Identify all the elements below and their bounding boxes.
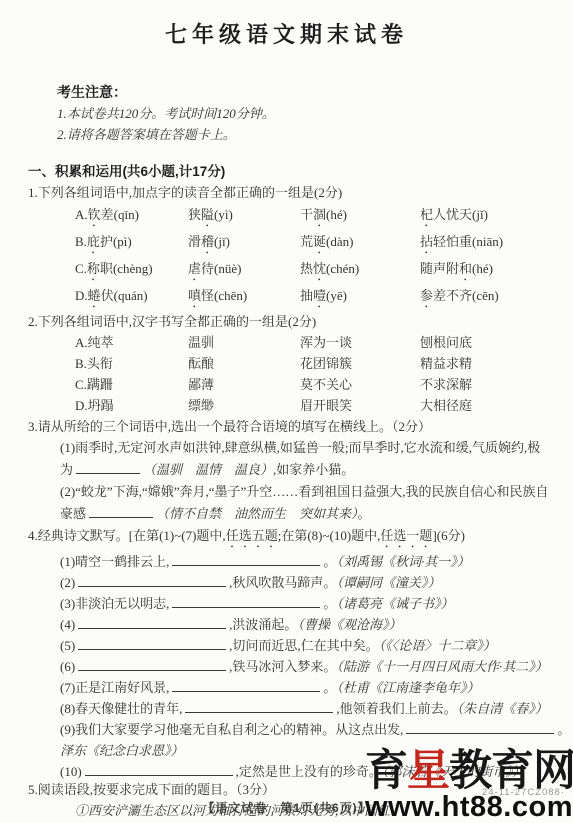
q2-option-row-c: C.蹒跚 鄙薄 莫不关心 不求深解 — [75, 374, 565, 395]
notice-heading: 考生注意： — [57, 82, 573, 103]
option-label: C. — [75, 377, 87, 392]
answer-blank — [76, 461, 140, 474]
q4-item-6: (6),铁马冰河入梦来。（陆游《十一月四日风雨大作·其二》） — [60, 656, 565, 677]
q2-d-word-1: D.坍蹋 — [75, 395, 188, 416]
q4-item-2: (2),秋风吹散马蹄声。（谭嗣同《潼关》） — [60, 572, 565, 593]
answer-blank — [89, 505, 153, 518]
dotted-char: 隘 — [201, 207, 214, 222]
q1-c-word-1: C.称职(chèng) — [75, 257, 188, 284]
q3-item-1-line-2: 为（温驯 温情 温良）,如家养小猫。 — [60, 459, 565, 481]
q1-c-word-2: 虐待(nüè) — [188, 257, 300, 284]
dotted-char: 和 — [459, 261, 472, 276]
dotted-char: 参 — [420, 288, 433, 303]
dotted-char: 称 — [87, 261, 100, 276]
answer-blank — [172, 553, 320, 566]
q1-d-word-3: 抽噎(yē) — [300, 284, 420, 311]
q2-b-word-3: 花团锦簇 — [300, 353, 420, 374]
q1-d-word-4: 参差不齐(cēn) — [420, 284, 565, 311]
q1-a-word-4: 杞人忧天(jǐ) — [420, 203, 565, 230]
citation: （曹操《观沧海》） — [297, 617, 401, 632]
citation: （朱自清《春》） — [457, 701, 548, 716]
q1-a-word-2: 狭隘(yì) — [188, 203, 300, 230]
citation: （陆游《十一月四日风雨大作·其二》） — [336, 659, 547, 674]
q1-b-word-2: 滑稽(jī) — [188, 230, 300, 257]
notice-item-2: 2.请将各题答案填在答题卡上。 — [57, 124, 573, 145]
q2-a-word-4: 刨根问底 — [420, 332, 565, 353]
dotted-char: 噎 — [313, 288, 326, 303]
q1-d-word-1: D.蜷伏(quán) — [75, 284, 188, 311]
option-label: C. — [75, 261, 87, 276]
dotted-char: 庇 — [87, 234, 100, 249]
answer-blank — [406, 721, 554, 734]
q2-option-row-a: A.纯萃 温驯 浑为一谈 刨根问底 — [75, 332, 565, 353]
emphasized-text: 任选五题 — [226, 528, 278, 543]
q1-c-word-3: 热忱(chén) — [300, 257, 420, 284]
dotted-char: 忱 — [313, 261, 326, 276]
answer-blank — [78, 574, 226, 587]
answer-blank — [85, 763, 233, 776]
option-label: D. — [75, 398, 88, 413]
option-label: D. — [75, 288, 88, 303]
citation: （杜甫《江南逢李龟年》） — [336, 680, 479, 695]
q4-item-5: (5),切问而近思,仁在其中矣。（《〈论语〉十二章》） — [60, 635, 565, 656]
q2-d-word-3: 眉开眼笑 — [300, 395, 420, 416]
dotted-char: 虐 — [188, 261, 201, 276]
q1-option-row-d: D.蜷伏(quán) 嗔怪(chēn) 抽噎(yē) 参差不齐(cēn) — [75, 284, 565, 311]
q4-item-1: (1)晴空一鹤排云上,。（刘禹锡《秋词·其一》） — [60, 551, 565, 572]
exam-paper-code: 24-11-27CZ088· — [482, 787, 565, 798]
q1-option-row-c: C.称职(chèng) 虐待(nüè) 热忱(chén) 随声附和(hé) — [75, 257, 565, 284]
section1-heading: 一、积累和运用(共6小题,计17分) — [28, 161, 573, 182]
q1-option-row-a: A.钦差(qīn) 狭隘(yì) 干涸(hé) 杞人忧天(jǐ) — [75, 203, 565, 230]
citation: （诸葛亮《诫子书》） — [336, 596, 453, 611]
q3-item-1-choices: （温驯 温情 温良） — [143, 462, 273, 477]
answer-blank — [185, 700, 333, 713]
q1-a-word-3: 干涸(hé) — [300, 203, 420, 230]
answer-blank — [78, 637, 226, 650]
dotted-char: 拈 — [420, 234, 433, 249]
q3-item-1: (1)雨季时,无定河水声如洪钟,肆意纵横,如猛兽一般;而旱季时,它水流和缓,气质… — [60, 437, 565, 481]
q2-b-word-1: B.头衔 — [75, 353, 188, 374]
q3-item-2-line-1: (2)“蛟龙”下海,“嫦娥”奔月,“墨子”升空……看到祖国日益强大,我的民族自信… — [60, 481, 565, 503]
q4-item-7: (7)正是江南好风景,。（杜甫《江南逢李龟年》） — [60, 677, 565, 698]
q2-option-row-b: B.头衔 酝酿 花团锦簇 精益求精 — [75, 353, 565, 374]
answer-blank — [172, 679, 320, 692]
answer-blank — [172, 595, 320, 608]
question-2: 2.下列各组词语中,汉字书写全都正确的一组是(2分) A.纯萃 温驯 浑为一谈 … — [28, 311, 565, 416]
q1-d-word-2: 嗔怪(chēn) — [188, 284, 300, 311]
q2-b-word-4: 精益求精 — [420, 353, 565, 374]
notice-item-1: 1.本试卷共120分。考试时间120分钟。 — [57, 103, 573, 124]
q2-c-word-3: 莫不关心 — [300, 374, 420, 395]
q4-item-4: (4),洪波涌起。（曹操《观沧海》） — [60, 614, 565, 635]
q2-d-word-2: 缥缈 — [188, 395, 300, 416]
option-label: B. — [75, 356, 87, 371]
dotted-char: 蜷 — [88, 288, 101, 303]
q2-options: A.纯萃 温驯 浑为一谈 刨根问底 B.头衔 酝酿 花团锦簇 精益求精 C.蹒跚… — [75, 332, 565, 416]
watermark-star: 星 — [407, 747, 449, 795]
question-3-intro: 3.请从所给的三个词语中,选出一个最符合语境的填写在横线上。（2分） — [28, 416, 565, 437]
q2-b-word-2: 酝酿 — [188, 353, 300, 374]
q1-b-word-1: B.庇护(pì) — [75, 230, 188, 257]
question-3: 3.请从所给的三个词语中,选出一个最符合语境的填写在横线上。（2分） (1)雨季… — [28, 416, 565, 525]
q1-b-word-4: 拈轻怕重(niān) — [420, 230, 565, 257]
q2-c-word-2: 鄙薄 — [188, 374, 300, 395]
q3-item-2-choices: （情不自禁 油然而生 突如其来） — [156, 506, 358, 521]
q2-c-word-1: C.蹒跚 — [75, 374, 188, 395]
dotted-char: 杞 — [420, 207, 433, 222]
q1-a-word-1: A.钦差(qīn) — [75, 203, 188, 230]
answer-blank — [78, 616, 226, 629]
candidate-notice: 考生注意： 1.本试卷共120分。考试时间120分钟。 2.请将各题答案填在答题… — [57, 82, 573, 145]
option-label: A. — [75, 335, 88, 350]
citation: （刘禹锡《秋词·其一》） — [336, 554, 469, 569]
question-2-intro: 2.下列各组词语中,汉字书写全都正确的一组是(2分) — [28, 311, 565, 332]
emphasized-text: 任选一题 — [380, 528, 432, 543]
option-label: A. — [75, 207, 88, 222]
question-1-intro: 1.下列各组词语中,加点字的读音全都正确的一组是(2分) — [28, 182, 565, 203]
q2-a-word-2: 温驯 — [188, 332, 300, 353]
page-title: 七年级语文期末试卷 — [0, 0, 573, 50]
q4-item-3: (3)非淡泊无以明志,。（诸葛亮《诫子书》） — [60, 593, 565, 614]
q2-d-word-4: 大相径庭 — [420, 395, 565, 416]
q3-item-1-line-1: (1)雨季时,无定河水声如洪钟,肆意纵横,如猛兽一般;而旱季时,它水流和缓,气质… — [60, 437, 565, 459]
q3-item-2-line-2: 豪感（情不自禁 油然而生 突如其来）。 — [60, 503, 565, 525]
q2-a-word-1: A.纯萃 — [75, 332, 188, 353]
q4-item-8: (8)春天像健壮的青年,,他领着我们上前去。（朱自清《春》） — [60, 698, 565, 719]
question-1: 1.下列各组词语中,加点字的读音全都正确的一组是(2分) A.钦差(qīn) 狭… — [28, 182, 565, 311]
q1-c-word-4: 随声附和(hé) — [420, 257, 565, 284]
dotted-char: 诞 — [313, 234, 326, 249]
q1-options: A.钦差(qīn) 狭隘(yì) 干涸(hé) 杞人忧天(jǐ) B.庇护(pì… — [75, 203, 565, 311]
dotted-char: 钦 — [88, 207, 101, 222]
q2-c-word-4: 不求深解 — [420, 374, 565, 395]
dotted-char: 嗔 — [188, 288, 201, 303]
q1-b-word-3: 荒诞(dàn) — [300, 230, 420, 257]
q3-item-2: (2)“蛟龙”下海,“嫦娥”奔月,“墨子”升空……看到祖国日益强大,我的民族自信… — [60, 481, 565, 525]
citation: （谭嗣同《潼关》） — [336, 575, 440, 590]
answer-blank — [78, 658, 226, 671]
question-4: 4.经典诗文默写。[在第(1)~(7)题中,任选五题;在第(8)~(10)题中,… — [28, 525, 565, 782]
option-label: B. — [75, 234, 87, 249]
q2-a-word-3: 浑为一谈 — [300, 332, 420, 353]
q1-option-row-b: B.庇护(pì) 滑稽(jī) 荒诞(dàn) 拈轻怕重(niān) — [75, 230, 565, 257]
citation: （《〈论语〉十二章》） — [379, 638, 496, 653]
exam-paper-page: 七年级语文期末试卷 考生注意： 1.本试卷共120分。考试时间120分钟。 2.… — [0, 0, 573, 823]
q2-option-row-d: D.坍蹋 缥缈 眉开眼笑 大相径庭 — [75, 395, 565, 416]
question-4-intro: 4.经典诗文默写。[在第(1)~(7)题中,任选五题;在第(8)~(10)题中,… — [28, 525, 565, 551]
q4-item-9: (9)我们大家要学习他毫无自私自利之心的精神。从这点出发,。（毛 — [60, 719, 565, 740]
dotted-char: 稽 — [201, 234, 214, 249]
dotted-char: 涸 — [313, 207, 326, 222]
